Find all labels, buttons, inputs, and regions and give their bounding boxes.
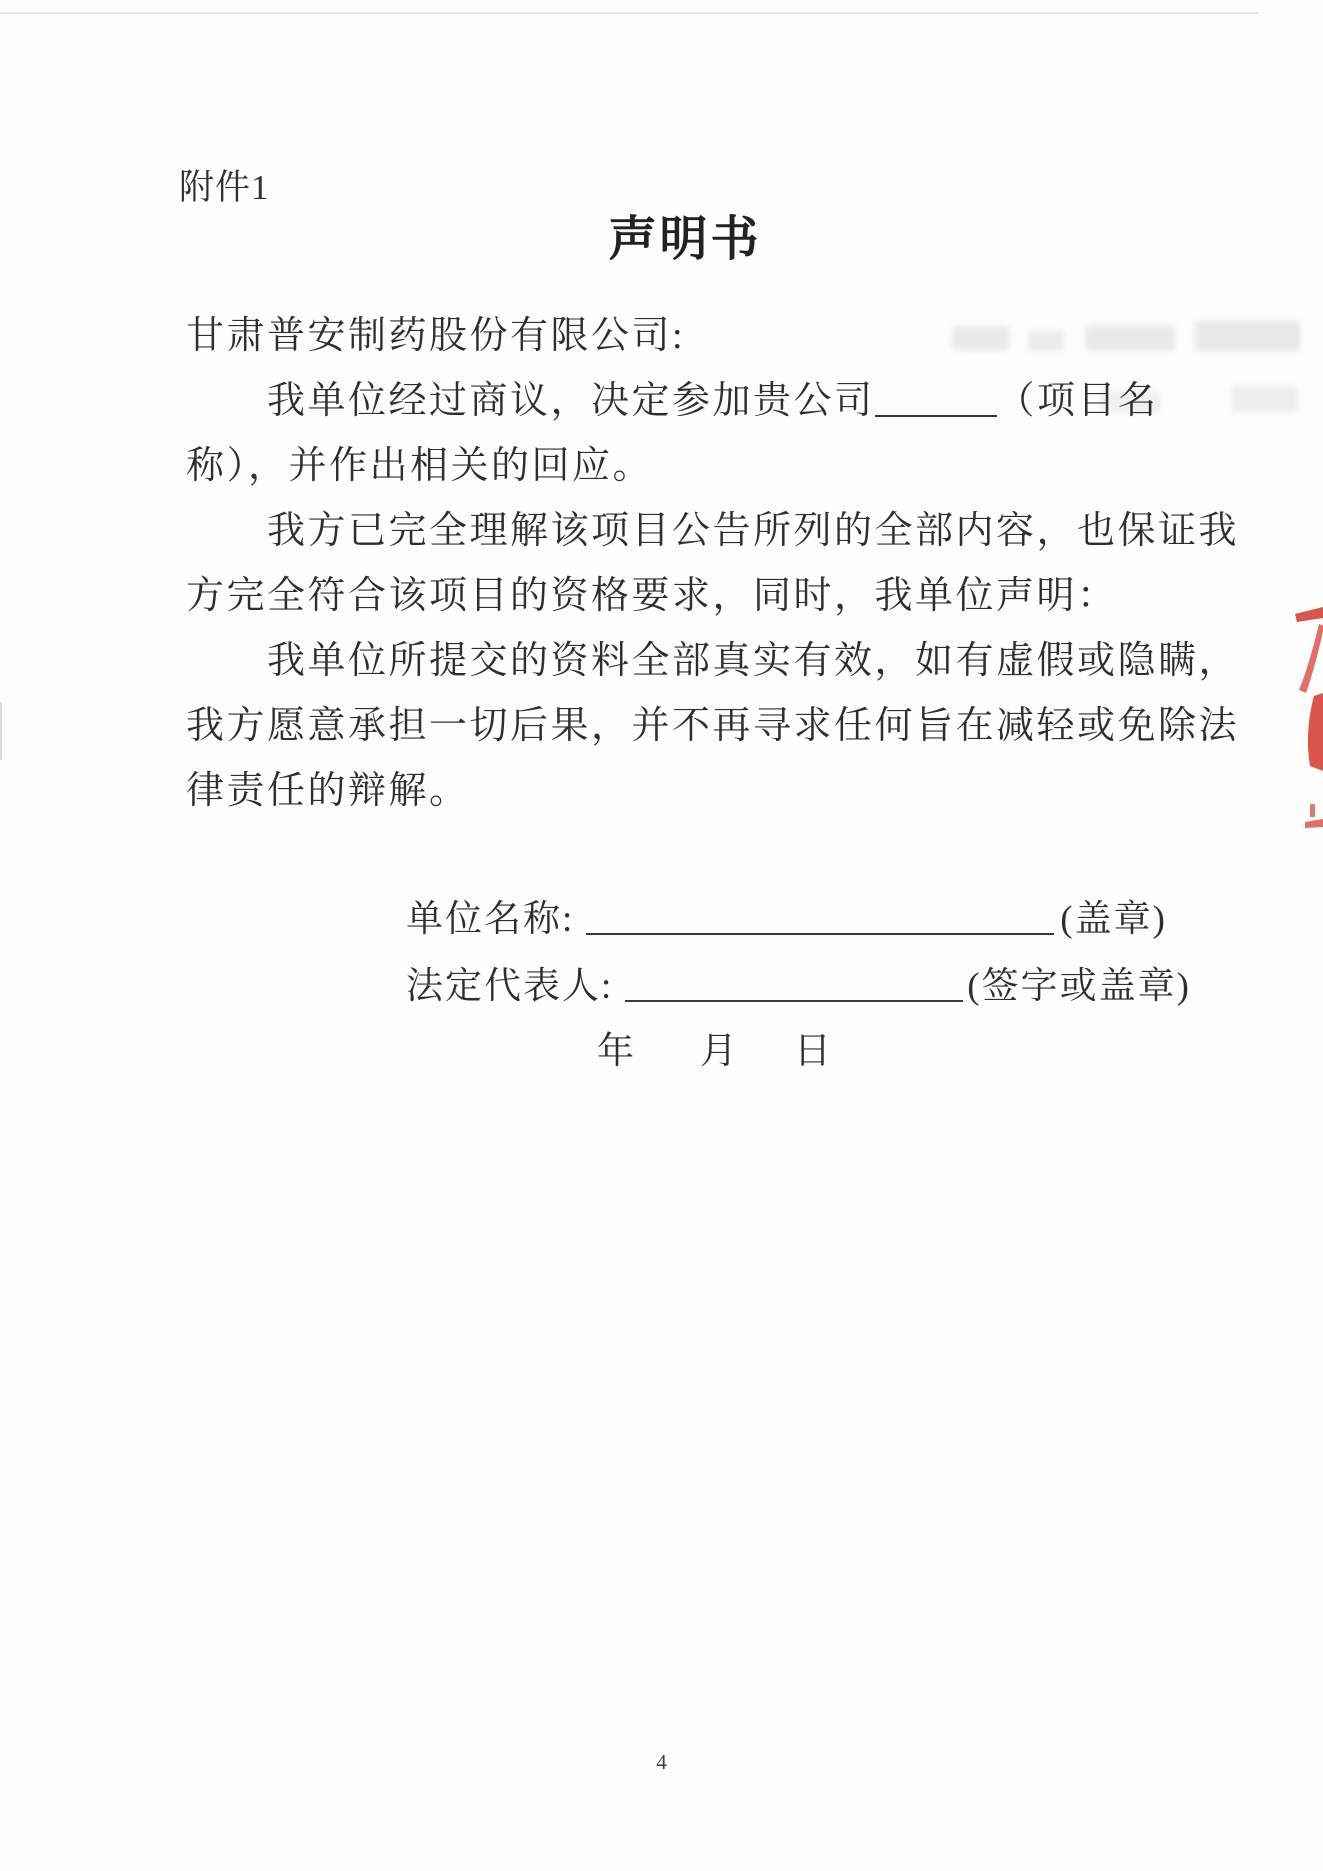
paragraph1-line2: 称），并作出相关的回应。	[186, 434, 1171, 499]
scanned-document-page: 附件1 声明书 甘肃普安制药股份有限公司: 我单位经过商议，决定参加贵公司（项目…	[0, 0, 1323, 1871]
paragraph1-text-tail: （项目名	[997, 380, 1159, 422]
page-number: 4	[0, 1750, 1323, 1775]
paragraph3-line3: 律责任的辩解。	[186, 759, 1171, 824]
ink-bleed-artifact	[1195, 321, 1300, 351]
company-seal-note: (盖章)	[1060, 899, 1167, 940]
paragraph1-line1: 我单位经过商议，决定参加贵公司（项目名	[186, 369, 1171, 434]
company-name-label: 单位名称:	[406, 899, 574, 940]
signature-block: 单位名称:(盖章) 法定代表人:(签字或盖章)	[406, 886, 1191, 1020]
company-name-row: 单位名称:(盖章)	[406, 886, 1191, 953]
paragraph1-text-pre: 我单位经过商议，决定参加贵公司	[267, 380, 875, 422]
paragraph3-line1: 我单位所提交的资料全部真实有效，如有虚假或隐瞒，	[186, 629, 1171, 694]
red-stamp-fragment	[1283, 598, 1323, 858]
company-name-fill-in-blank	[586, 933, 1054, 935]
ink-bleed-artifact	[1232, 386, 1298, 412]
paragraph3-line2: 我方愿意承担一切后果，并不再寻求任何旨在减轻或免除法	[186, 694, 1171, 759]
scan-edge-artifact	[0, 702, 2, 760]
document-body: 甘肃普安制药股份有限公司: 我单位经过商议，决定参加贵公司（项目名 称），并作出…	[186, 304, 1171, 824]
date-day-label: 日	[794, 1020, 831, 1074]
salutation-line: 甘肃普安制药股份有限公司:	[186, 304, 1171, 369]
date-year-label: 年	[597, 1020, 634, 1074]
project-name-fill-in-blank	[875, 415, 997, 417]
scan-edge-line	[0, 12, 1258, 14]
legal-representative-fill-in-blank	[625, 1000, 963, 1002]
representative-sign-note: (签字或盖章)	[967, 966, 1191, 1007]
paragraph2-line1: 我方已完全理解该项目公告所列的全部内容，也保证我	[186, 499, 1171, 564]
document-title: 声明书	[190, 200, 1180, 269]
legal-representative-row: 法定代表人:(签字或盖章)	[406, 953, 1191, 1020]
salutation-text: 甘肃普安制药股份有限公司:	[186, 315, 685, 357]
legal-representative-label: 法定代表人:	[406, 966, 613, 1007]
date-month-label: 月	[700, 1020, 737, 1074]
paragraph2-line2: 方完全符合该项目的资格要求，同时，我单位声明：	[186, 564, 1171, 629]
